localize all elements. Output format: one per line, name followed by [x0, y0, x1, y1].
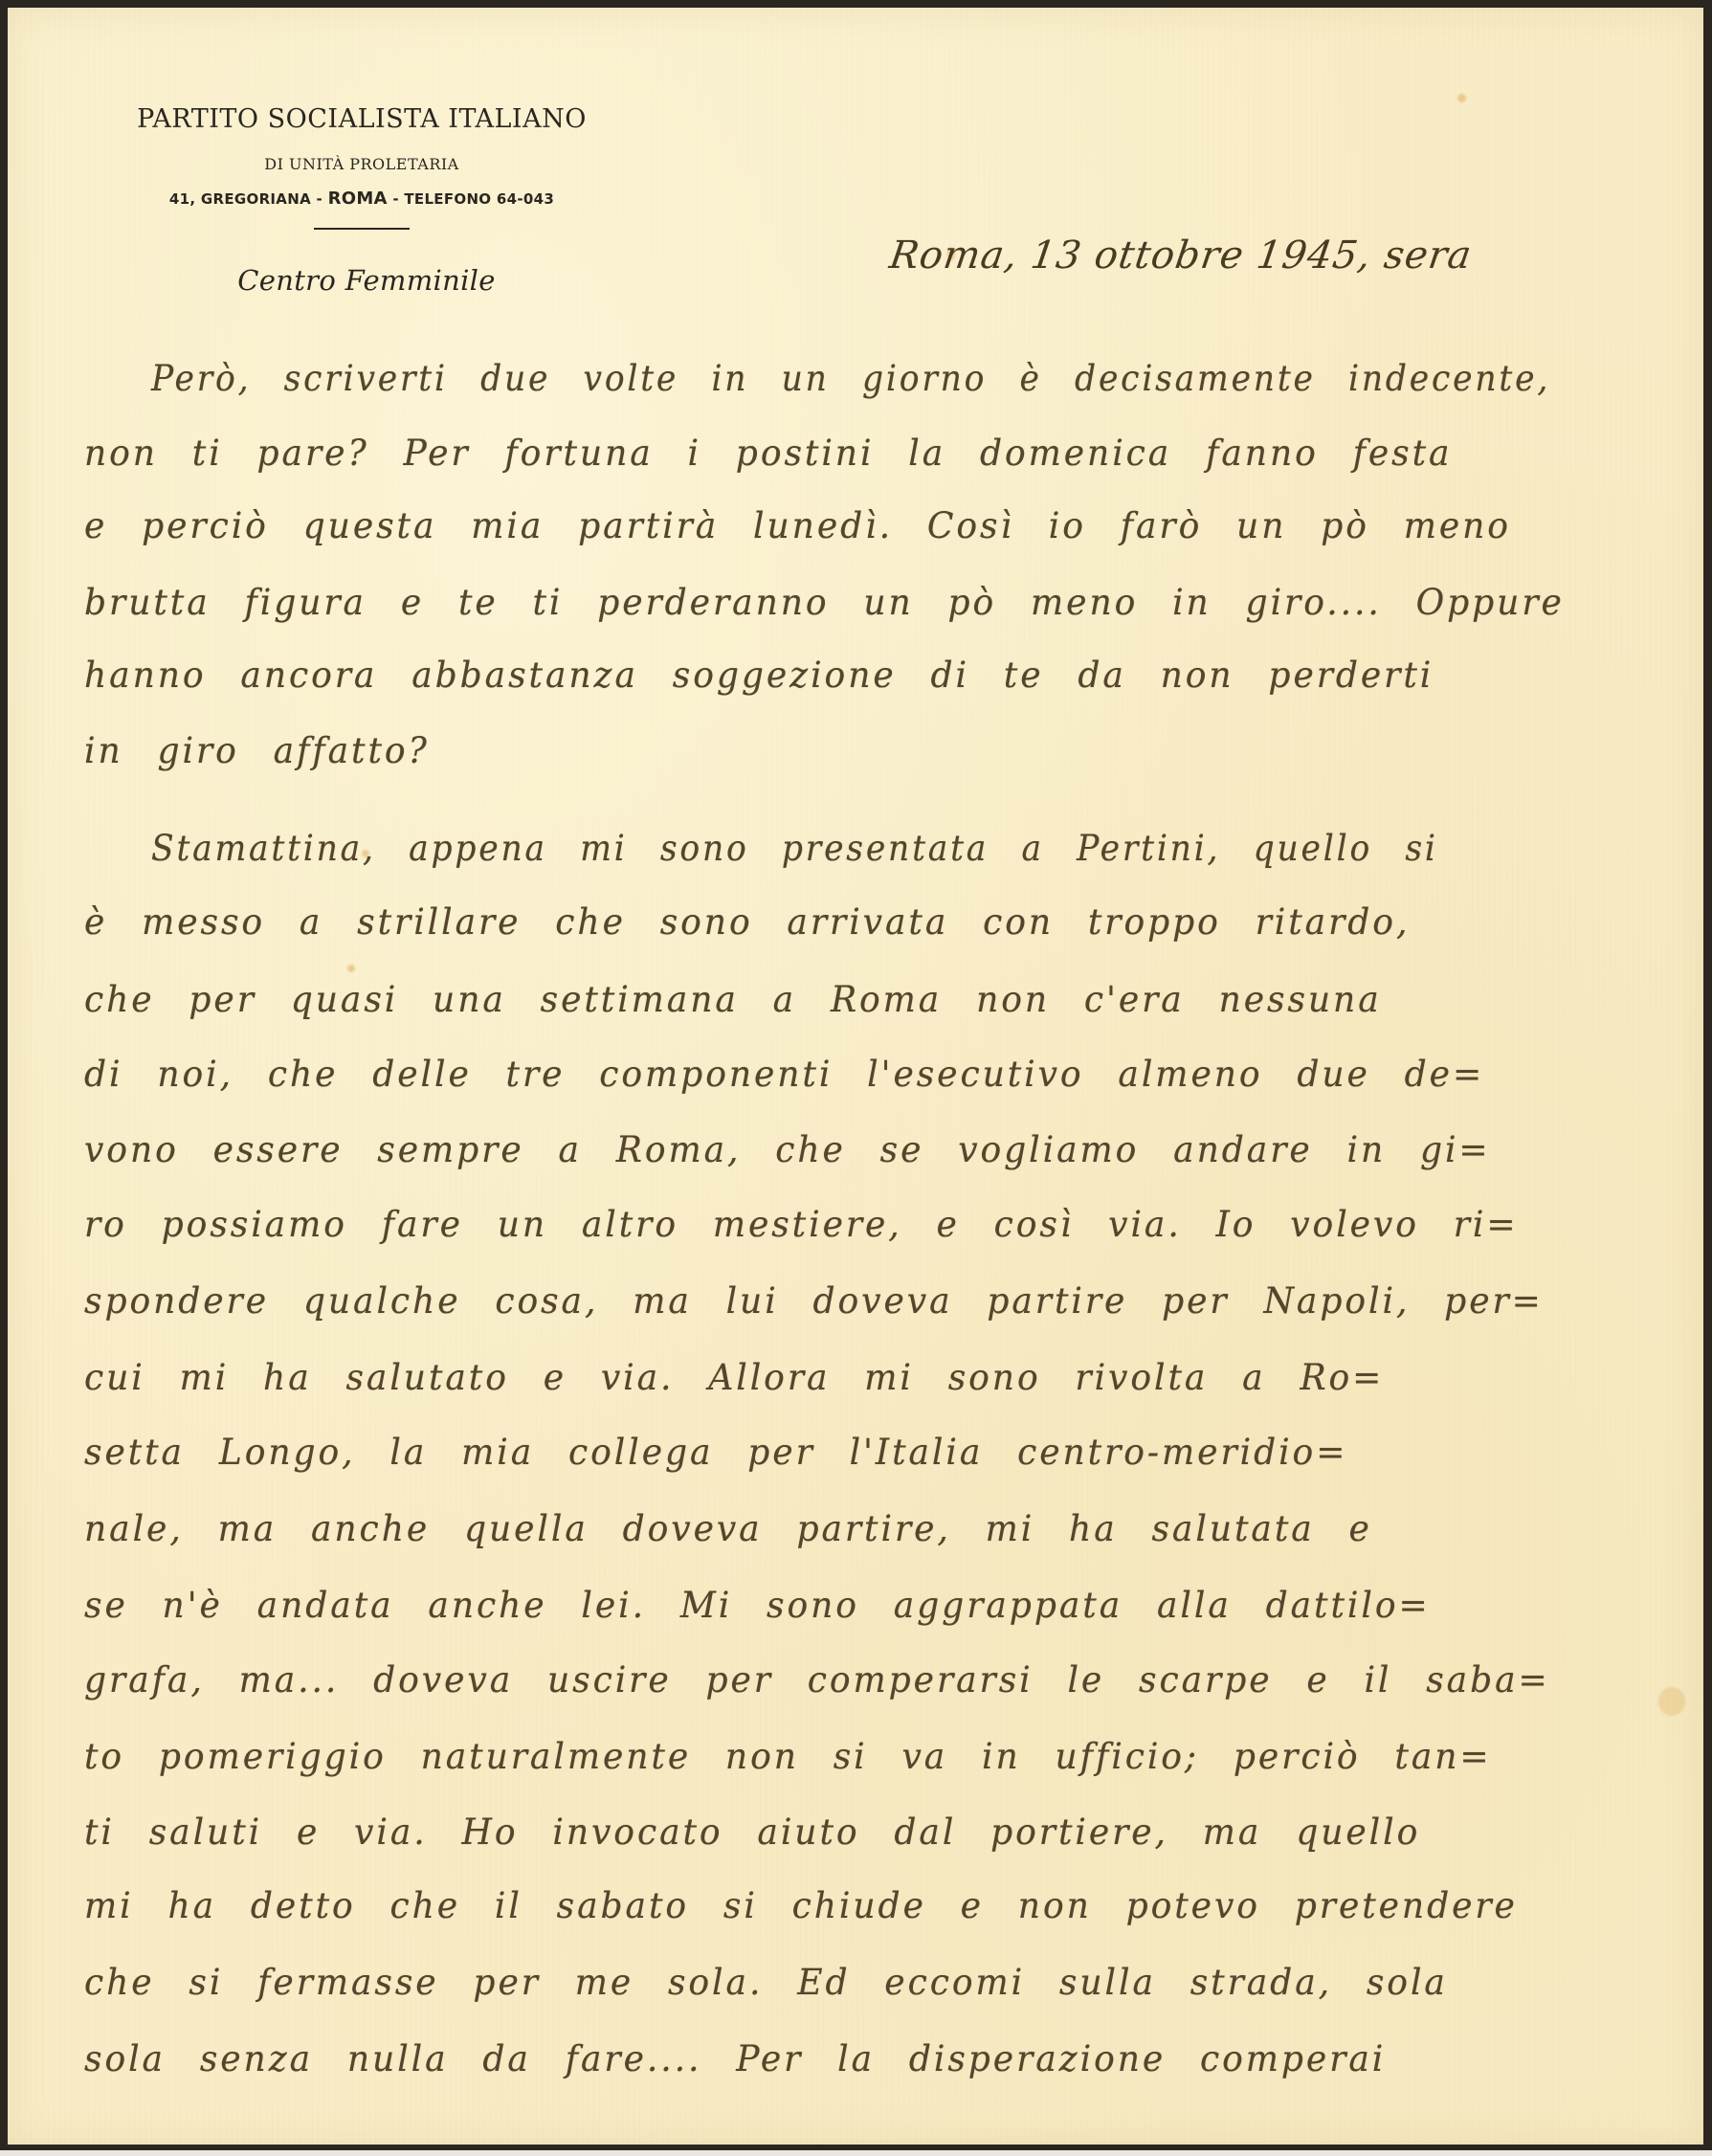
- letter-line: che si fermasse per me sola. Ed eccomi s…: [84, 1962, 1634, 2019]
- letter-line: to pomeriggio naturalmente non si va in …: [84, 1736, 1634, 1793]
- letter-body: Però, scriverti due volte in un giorno è…: [8, 8, 1703, 2145]
- letter-line: brutta figura e te ti perderanno un pò m…: [84, 582, 1634, 639]
- letter-line: spondere qualche cosa, ma lui doveva par…: [84, 1280, 1634, 1338]
- letter-line: setta Longo, la mia collega per l'Italia…: [84, 1432, 1634, 1489]
- letter-line: sola senza nulla da fare.... Per la disp…: [84, 2038, 1634, 2096]
- letter-line: cui mi ha salutato e via. Allora mi sono…: [84, 1357, 1634, 1414]
- letter-line: e perciò questa mia partirà lunedì. Così…: [84, 505, 1634, 563]
- letter-line: ro possiamo fare un altro mestiere, e co…: [84, 1204, 1634, 1261]
- letter-line: Però, scriverti due volte in un giorno è…: [151, 358, 1634, 415]
- scan-bottom-edge: [0, 2150, 1712, 2156]
- letter-line: ti saluti e via. Ho invocato aiuto dal p…: [84, 1811, 1634, 1869]
- letter-line: in giro affatto?: [84, 730, 1634, 788]
- letter-line: nale, ma anche quella doveva partire, mi…: [84, 1508, 1634, 1566]
- letter-page: PARTITO SOCIALISTA ITALIANO DI UNITÀ PRO…: [8, 8, 1703, 2145]
- letter-line: vono essere sempre a Roma, che se voglia…: [84, 1129, 1634, 1187]
- letter-line: grafa, ma... doveva uscire per comperars…: [84, 1659, 1634, 1717]
- letter-line: mi ha detto che il sabato si chiude e no…: [84, 1885, 1634, 1943]
- letter-line: hanno ancora abbastanza soggezione di te…: [84, 655, 1634, 712]
- letter-line: di noi, che delle tre componenti l'esecu…: [84, 1054, 1634, 1111]
- letter-line: è messo a strillare che sono arrivata co…: [84, 901, 1634, 959]
- letter-line: non ti pare? Per fortuna i postini la do…: [84, 433, 1634, 490]
- letter-line: Stamattina, appena mi sono presentata a …: [151, 828, 1634, 885]
- letter-line: se n'è andata anche lei. Mi sono aggrapp…: [84, 1585, 1634, 1642]
- letter-line: che per quasi una settimana a Roma non c…: [84, 979, 1634, 1036]
